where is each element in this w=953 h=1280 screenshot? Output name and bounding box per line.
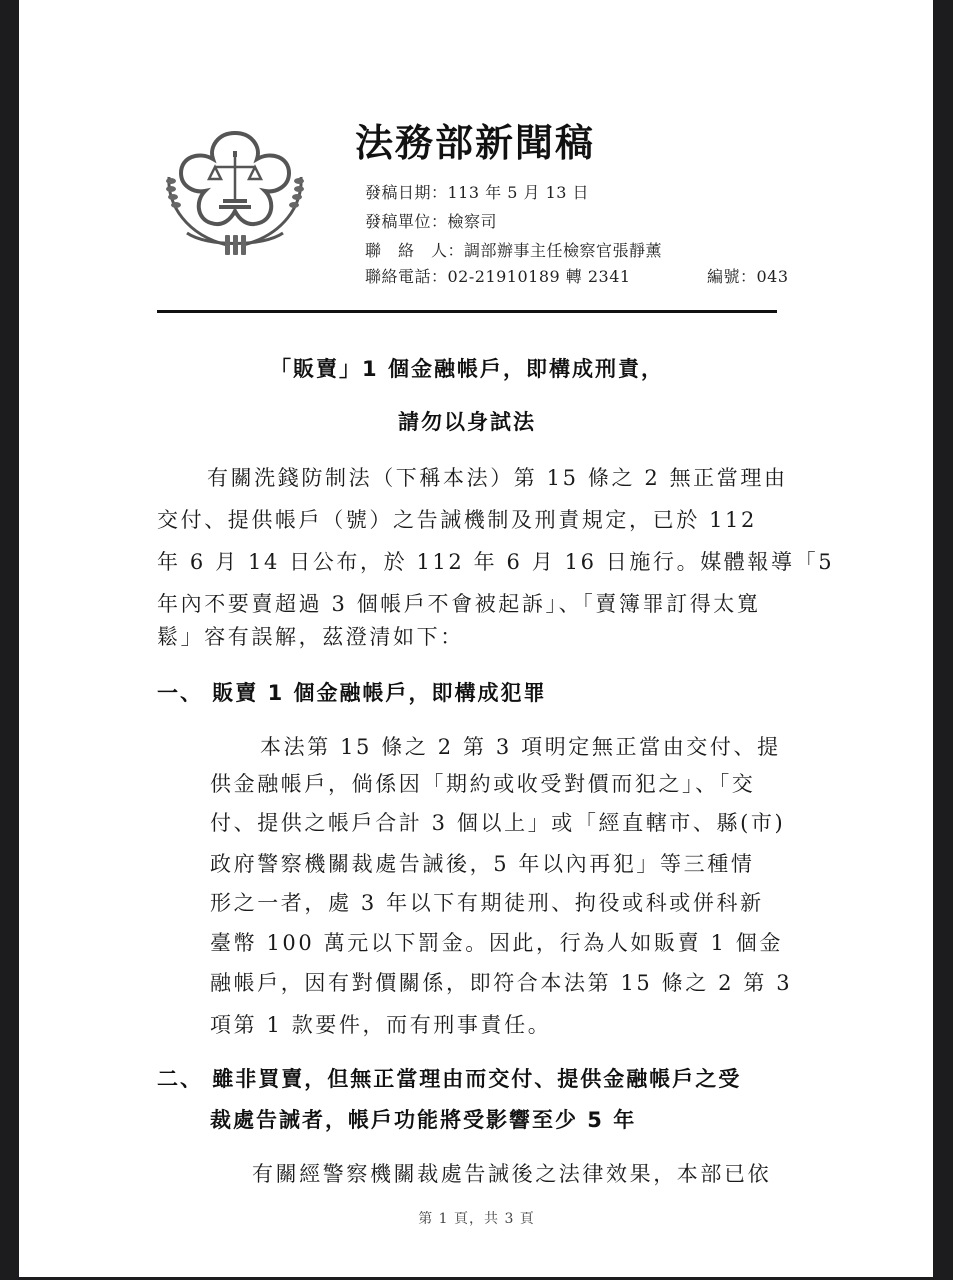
headline-line-2: 請勿以身試法: [157, 406, 777, 436]
header-divider: [157, 310, 777, 313]
page-footer: 第 1 頁，共 3 頁: [0, 1208, 953, 1228]
document-title: 法務部新聞稿: [355, 112, 595, 167]
section-1-line: 政府警察機關裁處告誡後，5 年以內再犯」等三種情: [210, 848, 754, 878]
release-date: 發稿日期：113 年 5 月 13 日: [365, 180, 589, 203]
intro-line: 鬆」容有誤解，茲澄清如下：: [157, 621, 464, 651]
section-1-line: 本法第 15 條之 2 第 3 項明定無正當由交付、提: [260, 731, 781, 761]
headline-line-1: 「販賣」1 個金融帳戶，即構成刑責，: [157, 353, 777, 383]
section-1-line: 形之一者，處 3 年以下有期徒刑、拘役或科或併科新: [210, 887, 764, 917]
section-1-line: 融帳戶，因有對價關係，即符合本法第 15 條之 2 第 3: [210, 967, 792, 997]
intro-line: 有關洗錢防制法（下稱本法）第 15 條之 2 無正當理由: [207, 462, 788, 492]
contact-phone: 聯絡電話：02-21910189 轉 2341: [365, 264, 631, 287]
section-1-line: 臺幣 100 萬元以下罰金。因此，行為人如販賣 1 個金: [210, 927, 783, 957]
section-1-line: 項第 1 款要件，而有刑事責任。: [210, 1009, 551, 1039]
ministry-emblem-icon: [157, 115, 313, 265]
section-2-heading: 二、 雖非買賣，但無正當理由而交付、提供金融帳戶之受: [157, 1063, 741, 1093]
release-unit: 發稿單位：檢察司: [365, 209, 497, 232]
section-2-heading-cont: 裁處告誡者，帳戶功能將受影響至少 5 年: [210, 1104, 636, 1134]
intro-line: 年 6 月 14 日公布，於 112 年 6 月 16 日施行。媒體報導「5: [157, 546, 834, 576]
contact-person: 聯 絡 人：調部辦事主任檢察官張靜薰: [365, 238, 662, 261]
intro-line: 年內不要賣超過 3 個帳戶不會被起訴」、「賣簿罪訂得太寬: [157, 588, 761, 618]
serial-number: 編號：043: [707, 264, 789, 287]
section-1-heading: 一、 販賣 1 個金融帳戶，即構成犯罪: [157, 677, 547, 707]
section-1-line: 供金融帳戶，倘係因「期約或收受對價而犯之」、「交: [210, 768, 755, 798]
section-1-line: 付、提供之帳戶合計 3 個以上」或「經直轄市、縣(市): [210, 807, 785, 837]
section-2-line: 有關經警察機關裁處告誡後之法律效果，本部已依: [252, 1158, 771, 1188]
intro-line: 交付、提供帳戶（號）之告誡機制及刑責規定，已於 112: [157, 504, 757, 534]
